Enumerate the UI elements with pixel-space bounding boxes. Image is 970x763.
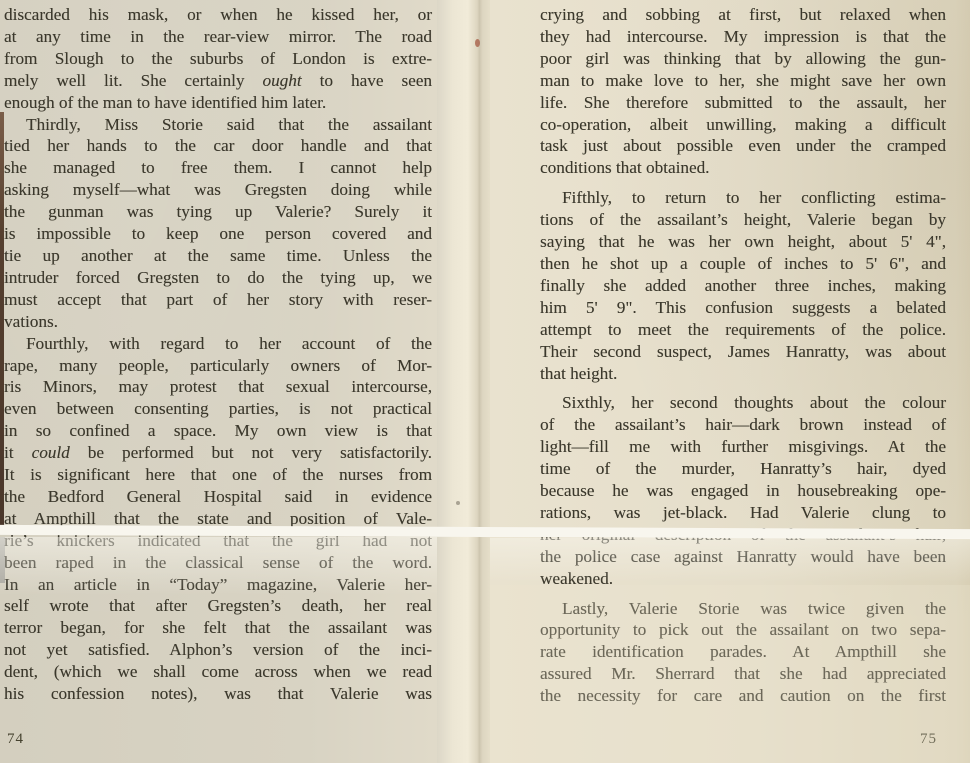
text-line: terror began, for she felt that the assa… [4, 617, 432, 639]
text-line: saying that he was her own height, about… [540, 231, 946, 253]
paragraph: Fourthly, with regard to her account of … [4, 333, 432, 705]
page-number-left: 74 [7, 731, 24, 748]
scan-wash-artifact-right [490, 585, 970, 763]
text-line: because he was engaged in housebreaking … [540, 480, 946, 502]
text-line: attempt to meet the requirements of the … [540, 319, 946, 341]
text-line: Thirdly, Miss Storie said that the assai… [4, 114, 432, 136]
text-line: mely well lit. She certainly ought to ha… [4, 70, 432, 92]
text-line: task just about possible even under the … [540, 135, 946, 157]
text-line: life. She therefore submitted to the ass… [540, 92, 946, 114]
text-line: him 5' 9". This confusion suggests a bel… [540, 297, 946, 319]
text-line: then he shot up a couple of inches to 5'… [540, 253, 946, 275]
text-line: dent, (which we shall come across when w… [4, 661, 432, 683]
text-line: asking myself—what was Gregsten doing wh… [4, 179, 432, 201]
text-line: it could be performed but not very satis… [4, 442, 432, 464]
text-line: poor girl was thinking that by allowing … [540, 48, 946, 70]
paper-blemish [475, 39, 480, 47]
text-line: crying and sobbing at first, but relaxed… [540, 4, 946, 26]
left-page-text: discarded his mask, or when he kissed he… [4, 4, 432, 705]
paper-blemish [456, 501, 460, 505]
text-line: man to make love to her, she might save … [540, 70, 946, 92]
text-line: tie up another at the same time. Unless … [4, 245, 432, 267]
text-line: that height. [540, 363, 946, 385]
scan-fade-artifact-left [0, 537, 437, 595]
text-line: is impossible to keep one person covered… [4, 223, 432, 245]
text-line: his confession notes), was that Valerie … [4, 683, 432, 705]
text-line: conditions that obtained. [540, 157, 946, 179]
text-line: vations. [4, 311, 432, 333]
text-line: the gunman was tying up Valerie? Surely … [4, 201, 432, 223]
book-scan: discarded his mask, or when he kissed he… [0, 0, 970, 763]
text-line: finally she added another three inches, … [540, 275, 946, 297]
text-line: light—fill me with further misgivings. A… [540, 436, 946, 458]
paragraph: Fifthly, to return to her conflicting es… [540, 187, 946, 384]
text-line: time of the murder, Hanratty’s hair, dye… [540, 458, 946, 480]
text-line: she managed to free them. I cannot help [4, 157, 432, 179]
text-line: even between consenting parties, is not … [4, 398, 432, 420]
text-line: self wrote that after Gregsten’s death, … [4, 595, 432, 617]
text-line: ris Minors, may protest that sexual inte… [4, 376, 432, 398]
paragraph: crying and sobbing at first, but relaxed… [540, 4, 946, 179]
text-line: enough of the man to have identified him… [4, 92, 432, 114]
text-line: Fourthly, with regard to her account of … [4, 333, 432, 355]
text-line: at any time in the rear-view mirror. The… [4, 26, 432, 48]
text-line: Sixthly, her second thoughts about the c… [540, 392, 946, 414]
page-gutter [437, 0, 490, 763]
text-line: It is significant here that one of the n… [4, 464, 432, 486]
text-line: from Slough to the suburbs of London is … [4, 48, 432, 70]
text-line: must accept that part of her story with … [4, 289, 432, 311]
scan-fade-artifact-right [490, 538, 970, 582]
text-line: Fifthly, to return to her conflicting es… [540, 187, 946, 209]
paragraph: Thirdly, Miss Storie said that the assai… [4, 114, 432, 333]
text-line: Their second suspect, James Hanratty, wa… [540, 341, 946, 363]
paragraph: discarded his mask, or when he kissed he… [4, 4, 432, 114]
text-line: not yet satisfied. Alphon’s version of t… [4, 639, 432, 661]
text-line: intruder forced Gregsten to do the tying… [4, 267, 432, 289]
text-line: rations, was jet-black. Had Valerie clun… [540, 502, 946, 524]
text-line: the Bedford General Hospital said in evi… [4, 486, 432, 508]
text-line: discarded his mask, or when he kissed he… [4, 4, 432, 26]
text-line: tied her hands to the car door handle an… [4, 135, 432, 157]
text-line: co-operation, albeit unwilling, making a… [540, 114, 946, 136]
text-line: rape, many people, particularly owners o… [4, 355, 432, 377]
text-line: they had intercourse. My impression is t… [540, 26, 946, 48]
text-line: tions of the assailant’s height, Valerie… [540, 209, 946, 231]
text-line: in so confined a space. My own view is t… [4, 420, 432, 442]
text-line: of the assailant’s hair—dark brown inste… [540, 414, 946, 436]
